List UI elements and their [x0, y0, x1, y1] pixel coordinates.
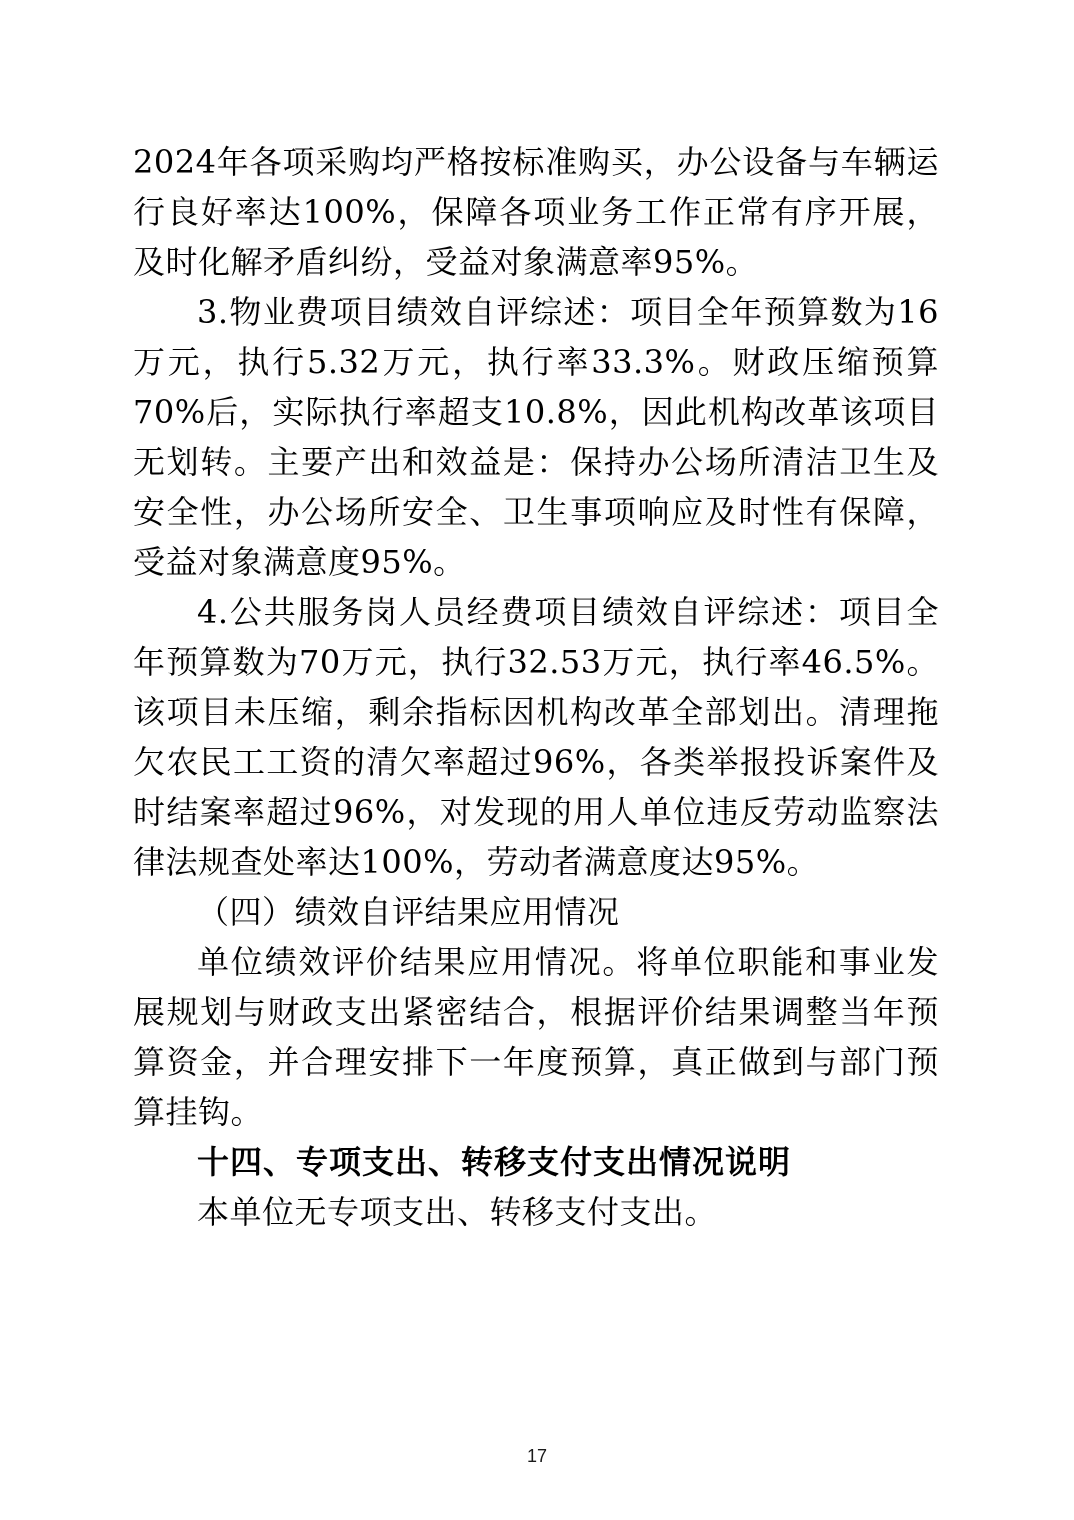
section-heading-special-expenditure: 十四、专项支出、转移支付支出情况说明: [133, 1137, 939, 1187]
subsection-title-result-application: （四）绩效自评结果应用情况: [133, 887, 939, 937]
paragraph-public-service-staff-funds: 4.公共服务岗人员经费项目绩效自评综述：项目全年预算数为70万元，执行32.53…: [133, 587, 939, 887]
document-body: 2024年各项采购均严格按标准购买，办公设备与车辆运行良好率达100%，保障各项…: [133, 137, 939, 1237]
paragraph-no-special-expenditure: 本单位无专项支出、转移支付支出。: [133, 1187, 939, 1237]
document-page: 2024年各项采购均严格按标准购买，办公设备与车辆运行良好率达100%，保障各项…: [0, 0, 1074, 1520]
page-number: 17: [0, 1446, 1074, 1467]
paragraph-result-application-detail: 单位绩效评价结果应用情况。将单位职能和事业发展规划与财政支出紧密结合，根据评价结…: [133, 937, 939, 1137]
paragraph-procurement-summary: 2024年各项采购均严格按标准购买，办公设备与车辆运行良好率达100%，保障各项…: [133, 137, 939, 287]
paragraph-property-fee-self-evaluation: 3.物业费项目绩效自评综述：项目全年预算数为16万元，执行5.32万元，执行率3…: [133, 287, 939, 587]
